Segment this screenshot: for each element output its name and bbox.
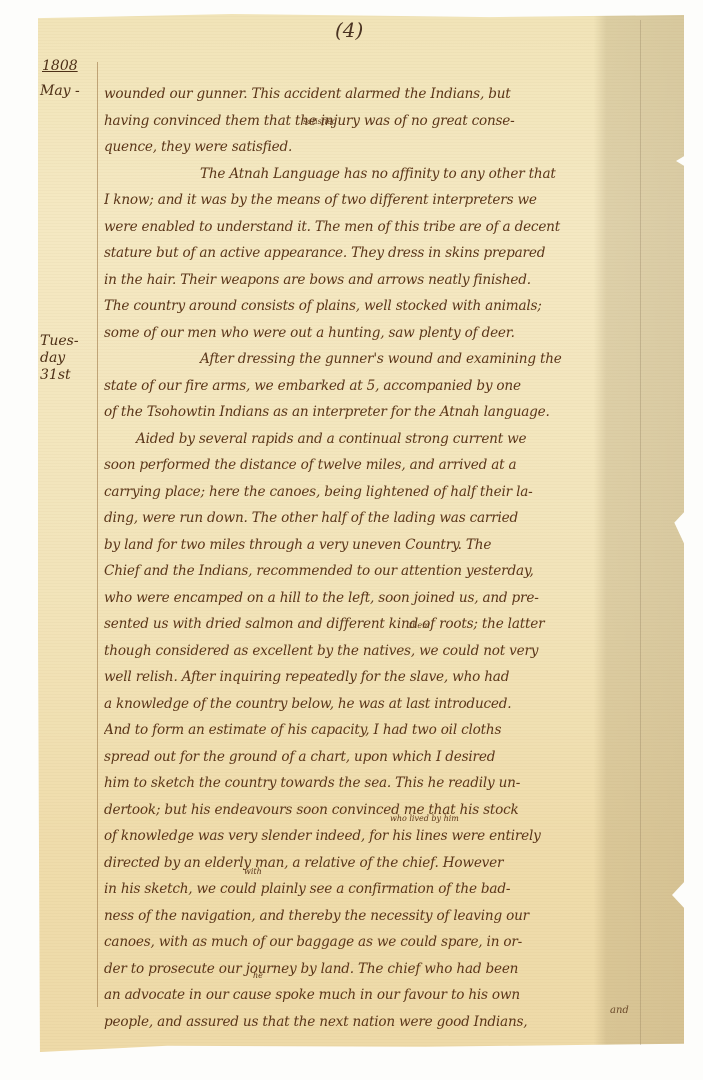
- text-line: After dressing the gunner's wound and ex…: [104, 346, 664, 373]
- text-line: Aided by several rapids and a continual …: [104, 426, 664, 453]
- margin-rule: [97, 62, 98, 1007]
- text-line: quence, they were satisfied.: [104, 134, 664, 161]
- text-line: by land for two miles through a very une…: [104, 532, 664, 559]
- text-line: spread out for the ground of a chart, up…: [104, 744, 664, 771]
- text-line: carrying place; here the canoes, being l…: [104, 479, 664, 506]
- text-line: The country around consists of plains, w…: [104, 293, 664, 320]
- manuscript-viewer: (4) 1808 May - Tues- day 31st satisfied …: [0, 0, 703, 1080]
- catchword: and: [610, 1005, 629, 1016]
- margin-year: 1808: [42, 58, 78, 75]
- text-line: state of our fire arms, we embarked at 5…: [104, 373, 664, 400]
- text-line: wounded our gunner. This accident alarme…: [104, 81, 664, 108]
- margin-date-note: Tues- day 31st: [40, 333, 94, 384]
- text-line: of the Tsohowtin Indians as an interpret…: [104, 399, 664, 426]
- text-line: canoes, with as much of our baggage as w…: [104, 929, 664, 956]
- text-line: And to form an estimate of his capacity,…: [104, 717, 664, 744]
- text-line: people, and assured us that the next nat…: [104, 1009, 664, 1036]
- manuscript-text: wounded our gunner. This accident alarme…: [104, 81, 664, 1035]
- text-line: an advocate in our cause spoke much in o…: [104, 982, 664, 1009]
- page-number: (4): [335, 18, 363, 42]
- text-line: who were encamped on a hill to the left,…: [104, 585, 664, 612]
- text-line: I know; and it was by the means of two d…: [104, 187, 664, 214]
- text-line: ness of the navigation, and thereby the …: [104, 903, 664, 930]
- text-line: having convinced them that the injury wa…: [104, 108, 664, 135]
- text-line: dertook; but his endeavours soon convinc…: [104, 797, 664, 824]
- text-line: well relish. After inquiring repeatedly …: [104, 664, 664, 691]
- text-line: soon performed the distance of twelve mi…: [104, 452, 664, 479]
- text-line: Chief and the Indians, recommended to ou…: [104, 558, 664, 585]
- text-line: were enabled to understand it. The men o…: [104, 214, 664, 241]
- text-line: of knowledge was very slender indeed, fo…: [104, 823, 664, 850]
- text-line: ding, were run down. The other half of t…: [104, 505, 664, 532]
- text-line: in the hair. Their weapons are bows and …: [104, 267, 664, 294]
- margin-month: May -: [40, 83, 80, 100]
- text-line: him to sketch the country towards the se…: [104, 770, 664, 797]
- text-line: sented us with dried salmon and differen…: [104, 611, 664, 638]
- text-line: though considered as excellent by the na…: [104, 638, 664, 665]
- text-line: der to prosecute our journey by land. Th…: [104, 956, 664, 983]
- text-line: a knowledge of the country below, he was…: [104, 691, 664, 718]
- text-line: some of our men who were out a hunting, …: [104, 320, 664, 347]
- text-line: stature but of an active appearance. The…: [104, 240, 664, 267]
- text-line: directed by an elderly man, a relative o…: [104, 850, 664, 877]
- text-line: in his sketch, we could plainly see a co…: [104, 876, 664, 903]
- text-line: The Atnah Language has no affinity to an…: [104, 161, 664, 188]
